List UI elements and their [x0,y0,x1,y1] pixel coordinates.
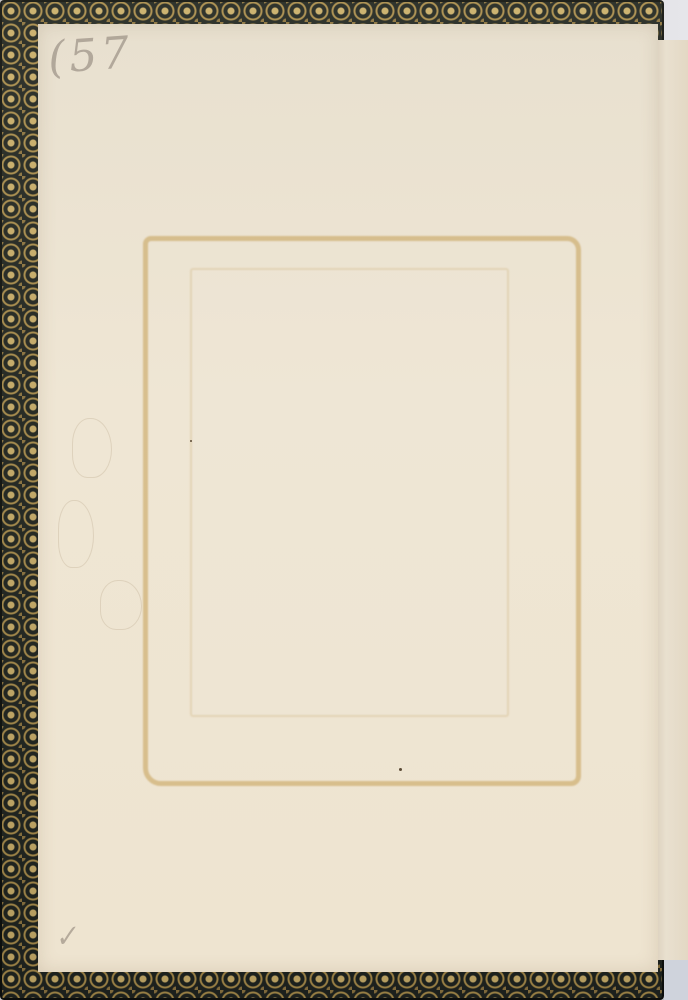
pencil-annotation-top: (57 [46,27,135,84]
tide-line-stain [143,236,581,786]
faint-stain-blot [58,500,94,568]
faint-stain-blot [100,580,142,630]
foxing-speck [190,440,192,442]
faint-stain-blot [72,418,112,478]
foxing-speck [399,768,402,771]
